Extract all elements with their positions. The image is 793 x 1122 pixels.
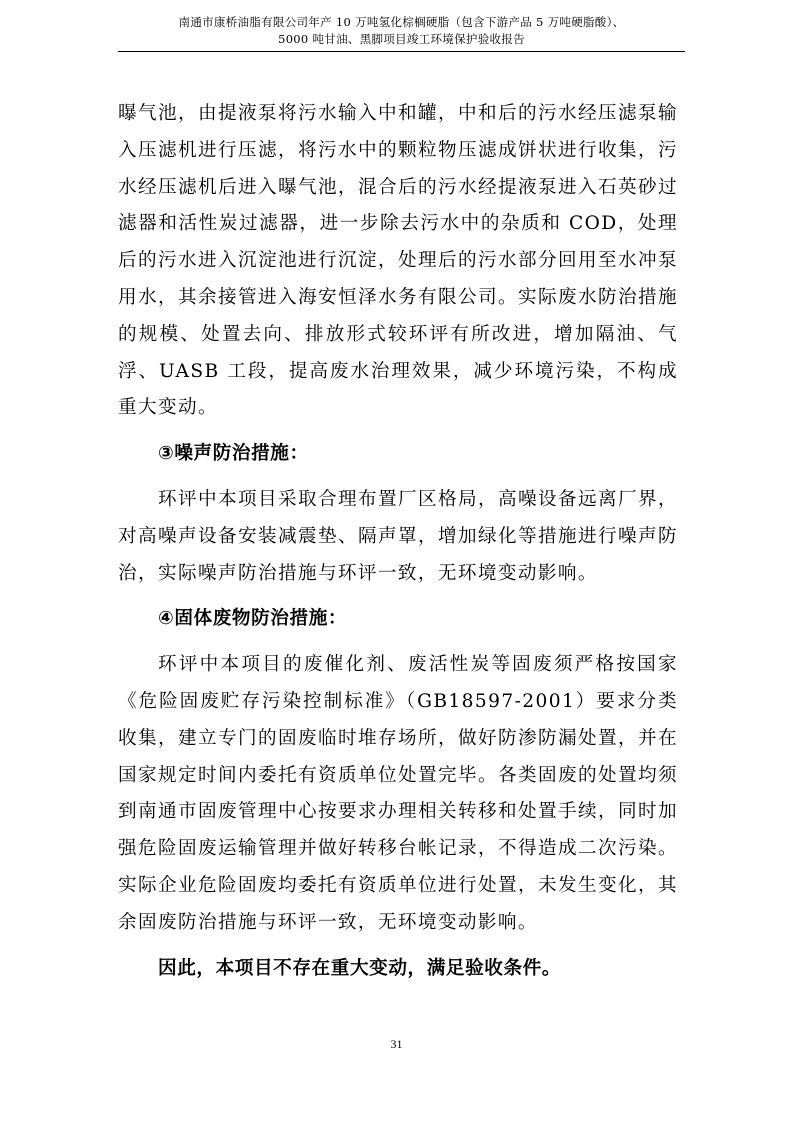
noise-measures-paragraph: 环评中本项目采取合理布置厂区格局，高噪设备远离厂界，对高噪声设备安装减震垫、隔声… bbox=[118, 482, 678, 592]
section-heading-solid-waste: ④固体废物防治措施： bbox=[118, 601, 678, 638]
spacer bbox=[118, 942, 678, 951]
spacer bbox=[118, 473, 678, 482]
header-divider bbox=[118, 51, 685, 52]
section-heading-noise: ③噪声防治措施： bbox=[118, 436, 678, 473]
wastewater-measures-paragraph: 曝气池，由提液泵将污水输入中和罐，中和后的污水经压滤泵输入压滤机进行压滤，将污水… bbox=[118, 96, 678, 427]
header-title-line-1: 南通市康桥油脂有限公司年产 10 万吨氢化棕榈硬脂（包含下游产品 5 万吨硬脂酸… bbox=[118, 14, 685, 31]
page-number: 31 bbox=[0, 1037, 793, 1052]
header-title-line-2: 5000 吨甘油、黑脚项目竣工环境保护验收报告 bbox=[118, 31, 685, 48]
spacer bbox=[118, 427, 678, 436]
spacer bbox=[118, 592, 678, 601]
spacer bbox=[118, 638, 678, 647]
running-header: 南通市康桥油脂有限公司年产 10 万吨氢化棕榈硬脂（包含下游产品 5 万吨硬脂酸… bbox=[118, 14, 685, 48]
solid-waste-measures-paragraph: 环评中本项目的废催化剂、废活性炭等固废须严格按国家《危险固废贮存污染控制标准》（… bbox=[118, 647, 678, 941]
conclusion-statement: 因此，本项目不存在重大变动，满足验收条件。 bbox=[118, 951, 678, 988]
page-body: 曝气池，由提液泵将污水输入中和罐，中和后的污水经压滤泵输入压滤机进行压滤，将污水… bbox=[118, 96, 678, 987]
